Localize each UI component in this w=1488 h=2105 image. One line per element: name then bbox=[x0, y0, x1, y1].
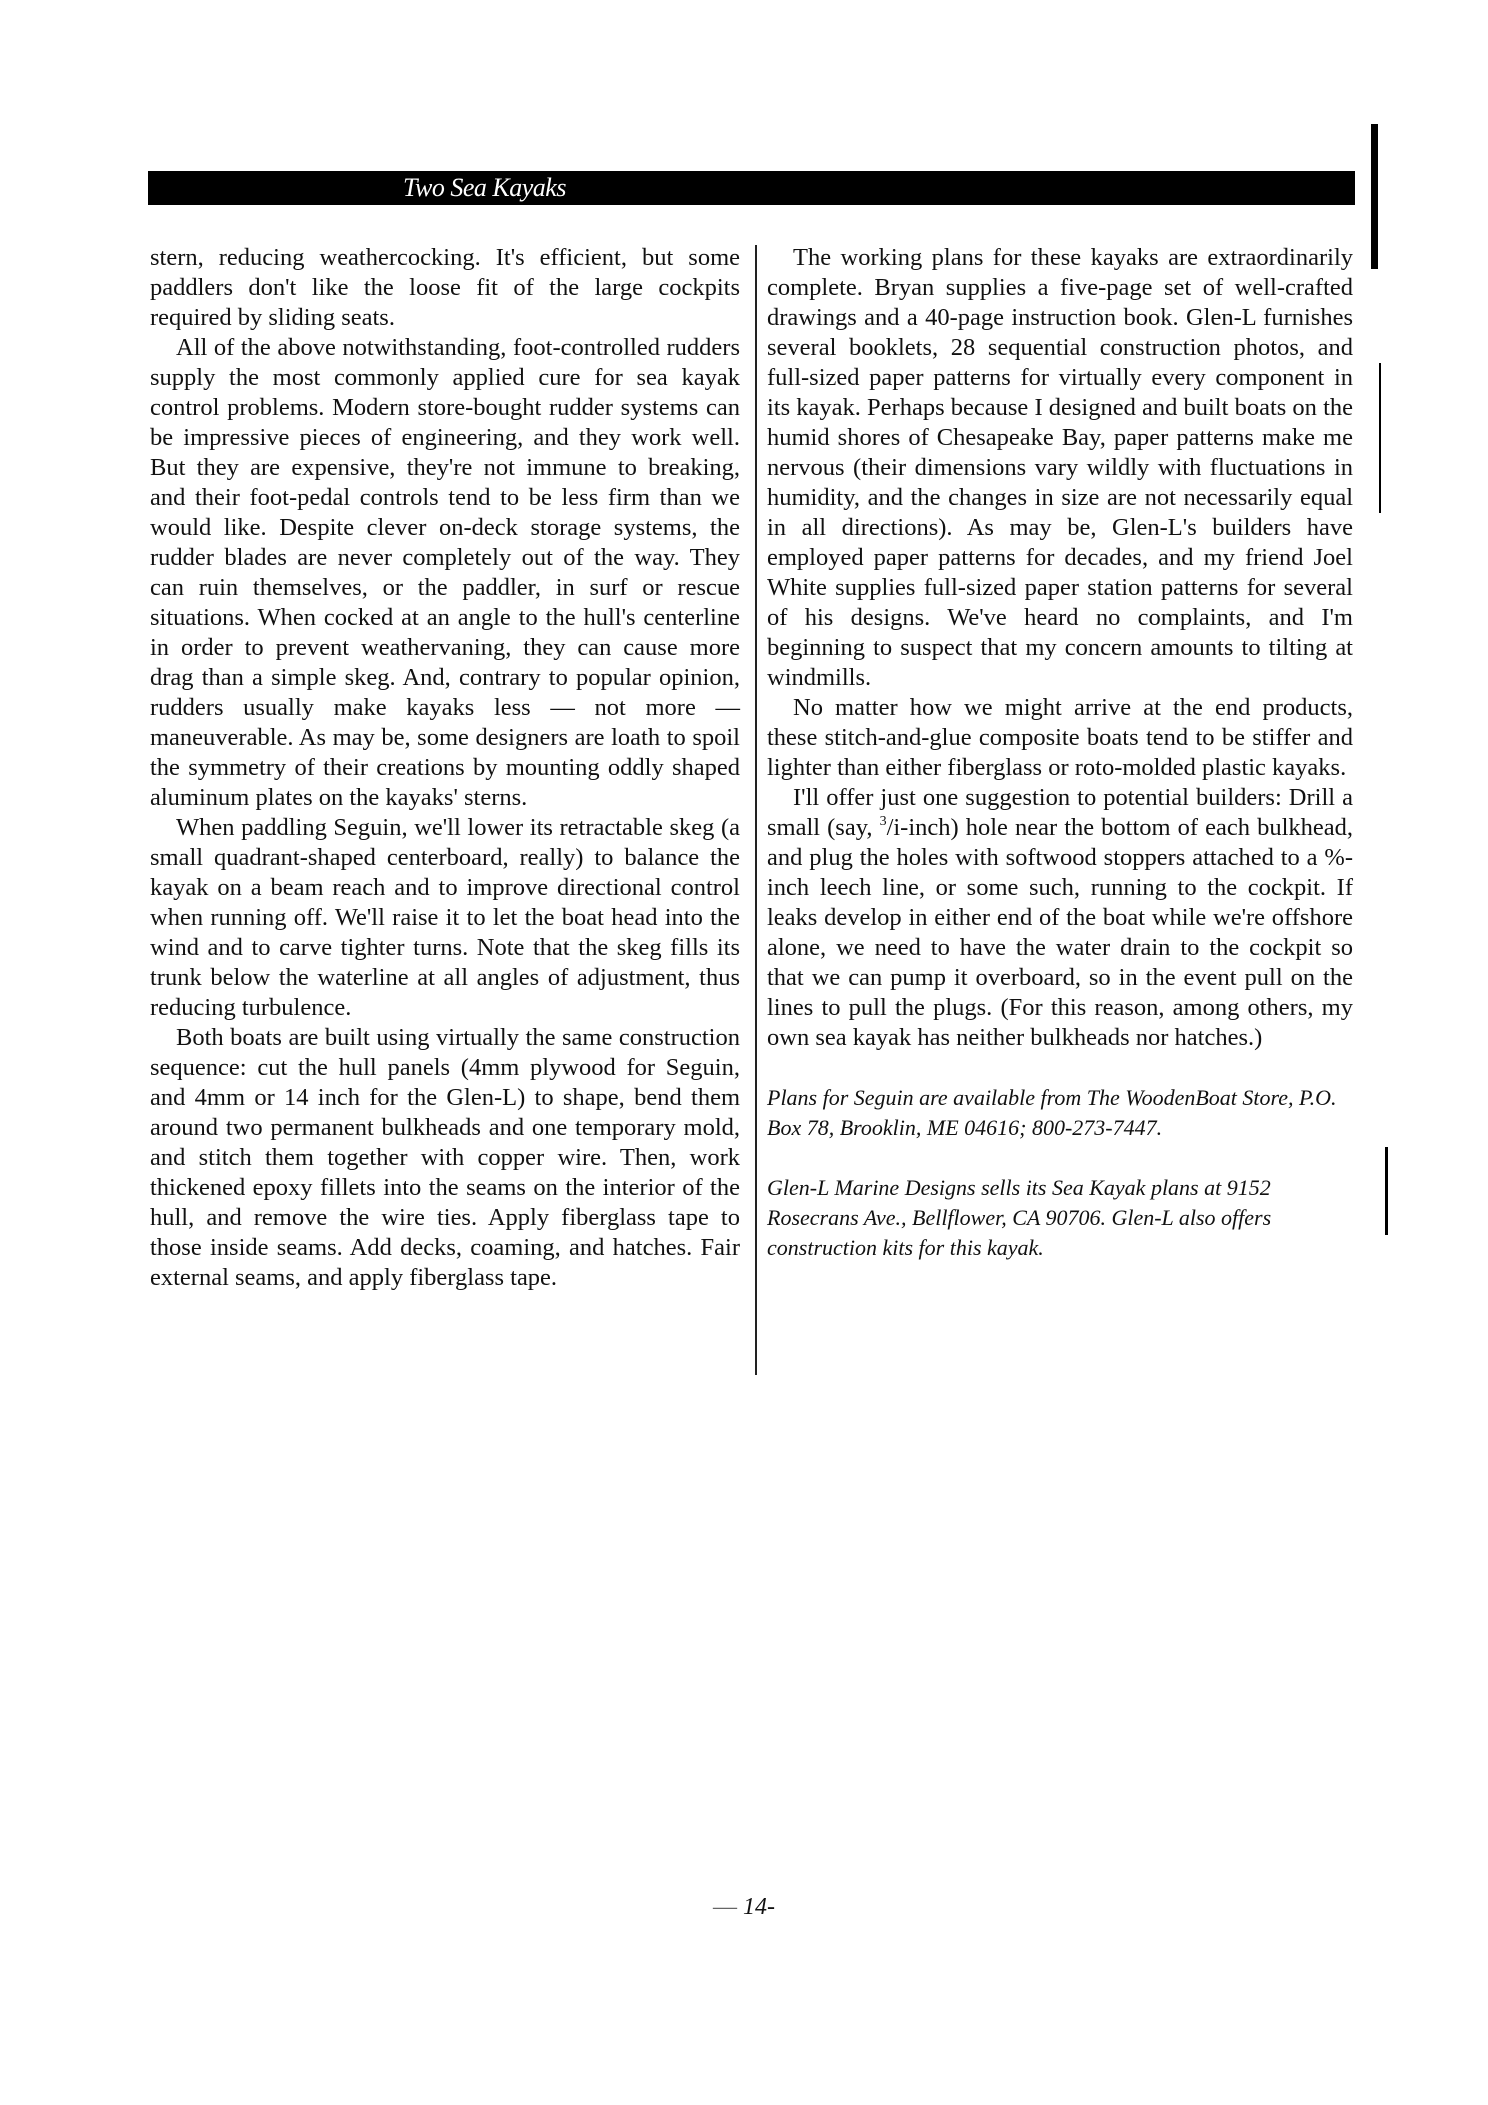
paragraph: Both boats are built using virtually the… bbox=[150, 1023, 740, 1293]
plans-note-seguin: Plans for Seguin are available from The … bbox=[767, 1083, 1353, 1143]
running-header-bar: Two Sea Kayaks bbox=[148, 171, 1355, 205]
plans-note-glen-l: Glen-L Marine Designs sells its Sea Kaya… bbox=[767, 1173, 1353, 1263]
left-column: stern, reducing weathercocking. It's eff… bbox=[150, 243, 740, 1293]
suggestion-text-end: /i-inch) hole near the bottom of each bu… bbox=[767, 814, 1353, 1051]
paragraph: No matter how we might arrive at the end… bbox=[767, 693, 1353, 783]
page-number: — 14- bbox=[0, 1893, 1488, 1921]
page-number-dash: — bbox=[713, 1894, 737, 1920]
paragraph: All of the above notwithstanding, foot-c… bbox=[150, 333, 740, 813]
suggestion-paragraph: I'll offer just one suggestion to potent… bbox=[767, 783, 1353, 1053]
right-column: The working plans for these kayaks are e… bbox=[767, 243, 1353, 1263]
margin-marker-line-lower bbox=[1385, 1147, 1388, 1235]
running-header-title: Two Sea Kayaks bbox=[403, 172, 566, 204]
page-number-value: 14- bbox=[743, 1894, 775, 1920]
paragraph: The working plans for these kayaks are e… bbox=[767, 243, 1353, 693]
paragraph: When paddling Seguin, we'll lower its re… bbox=[150, 813, 740, 1023]
margin-marker-line bbox=[1379, 363, 1381, 513]
margin-marker-bar bbox=[1371, 124, 1378, 269]
fraction-superscript: 3 bbox=[880, 814, 887, 829]
column-divider bbox=[755, 245, 757, 1375]
paragraph: stern, reducing weathercocking. It's eff… bbox=[150, 243, 740, 333]
